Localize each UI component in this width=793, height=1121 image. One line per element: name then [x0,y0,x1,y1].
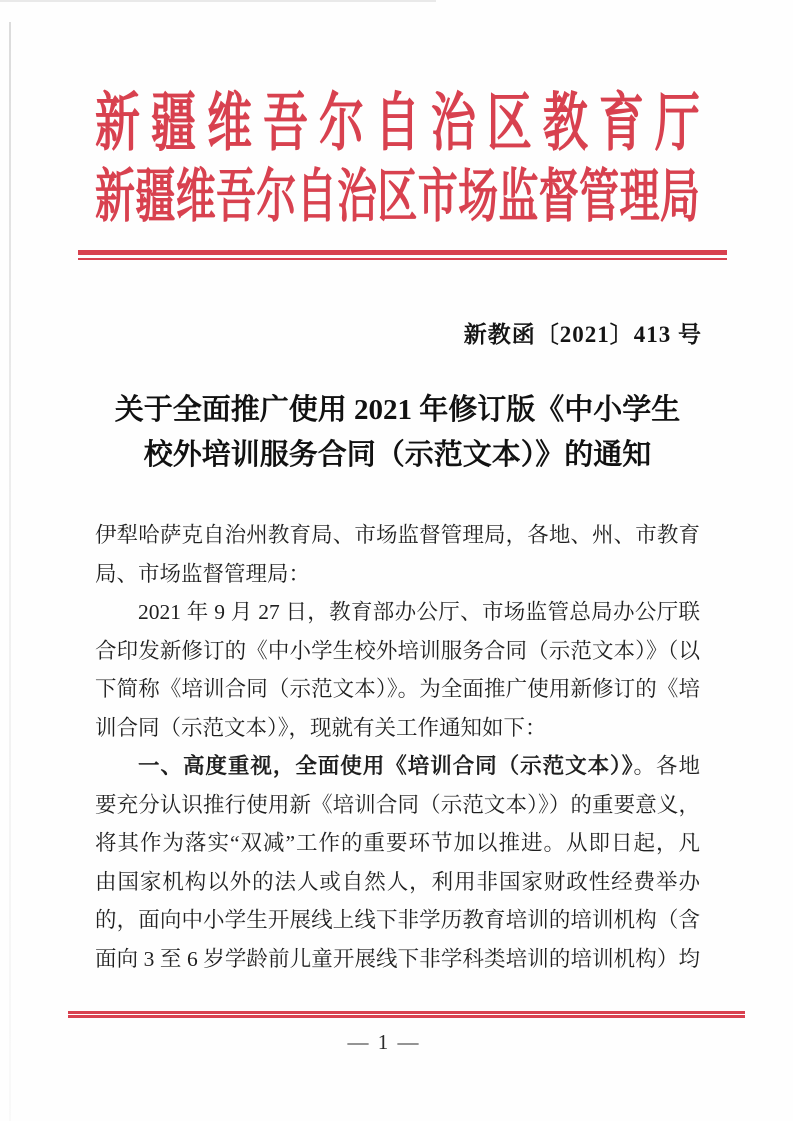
letterhead-org-line-1: 新疆维吾尔自治区教育厅 [95,92,700,156]
body-line: 伊犁哈萨克自治州教育局、市场监督管理局，各地、州、市教育 [95,516,700,555]
scan-artifact-top-edge [0,0,436,2]
page-number: — 1 — [0,1030,768,1055]
body-line: 将其作为落实“双减”工作的重要环节加以推进。从即日起，凡 [95,824,700,863]
notice-title-line-2: 校外培训服务合同（示范文本）》的通知 [70,433,725,478]
body-line: 面向 3 至 6 岁学龄前儿童开展线下非学科类培训的培训机构）均 [95,940,700,979]
scanned-notice-page: 新疆维吾尔自治区教育厅 新疆维吾尔自治区市场监督管理局 新教函〔2021〕413… [0,0,793,1121]
body-line-text: 。各地 [634,754,700,778]
scan-artifact-left-edge [9,22,11,1121]
letterhead-double-rule [78,250,727,260]
notice-title-line-1: 关于全面推广使用 2021 年修订版《中小学生 [70,388,725,433]
document-reference-number: 新教函〔2021〕413 号 [464,316,702,349]
body-line-bold-heading: 一、高度重视，全面使用《培训合同（示范文本）》 [138,754,634,778]
notice-title: 关于全面推广使用 2021 年修订版《中小学生 校外培训服务合同（示范文本）》的… [70,388,725,478]
letterhead-org-line-2: 新疆维吾尔自治区市场监督管理局 [95,168,700,226]
notice-body: 伊犁哈萨克自治州教育局、市场监督管理局，各地、州、市教育 局、市场监督管理局： … [95,516,700,978]
body-line: 一、高度重视，全面使用《培训合同（示范文本）》。各地 [95,747,700,786]
body-line: 由国家机构以外的法人或自然人，利用非国家财政性经费举办 [95,863,700,902]
body-line: 下简称《培训合同（示范文本）》。为全面推广使用新修订的《培 [95,670,700,709]
footer-double-rule [68,1011,745,1018]
rule-thin-line [68,1015,745,1018]
body-line: 要充分认识推行使用新《培训合同（示范文本）》）的重要意义， [95,786,700,825]
body-line: 2021 年 9 月 27 日，教育部办公厅、市场监管总局办公厅联 [95,593,700,632]
body-line: 的，面向中小学生开展线上线下非学历教育培训的培训机构（含 [95,901,700,940]
body-line: 训合同（示范文本）》，现就有关工作通知如下： [95,709,700,748]
body-line: 合印发新修订的《中小学生校外培训服务合同（示范文本）》（以 [95,632,700,671]
rule-thin-line [78,258,727,260]
body-line: 局、市场监督管理局： [95,555,700,594]
